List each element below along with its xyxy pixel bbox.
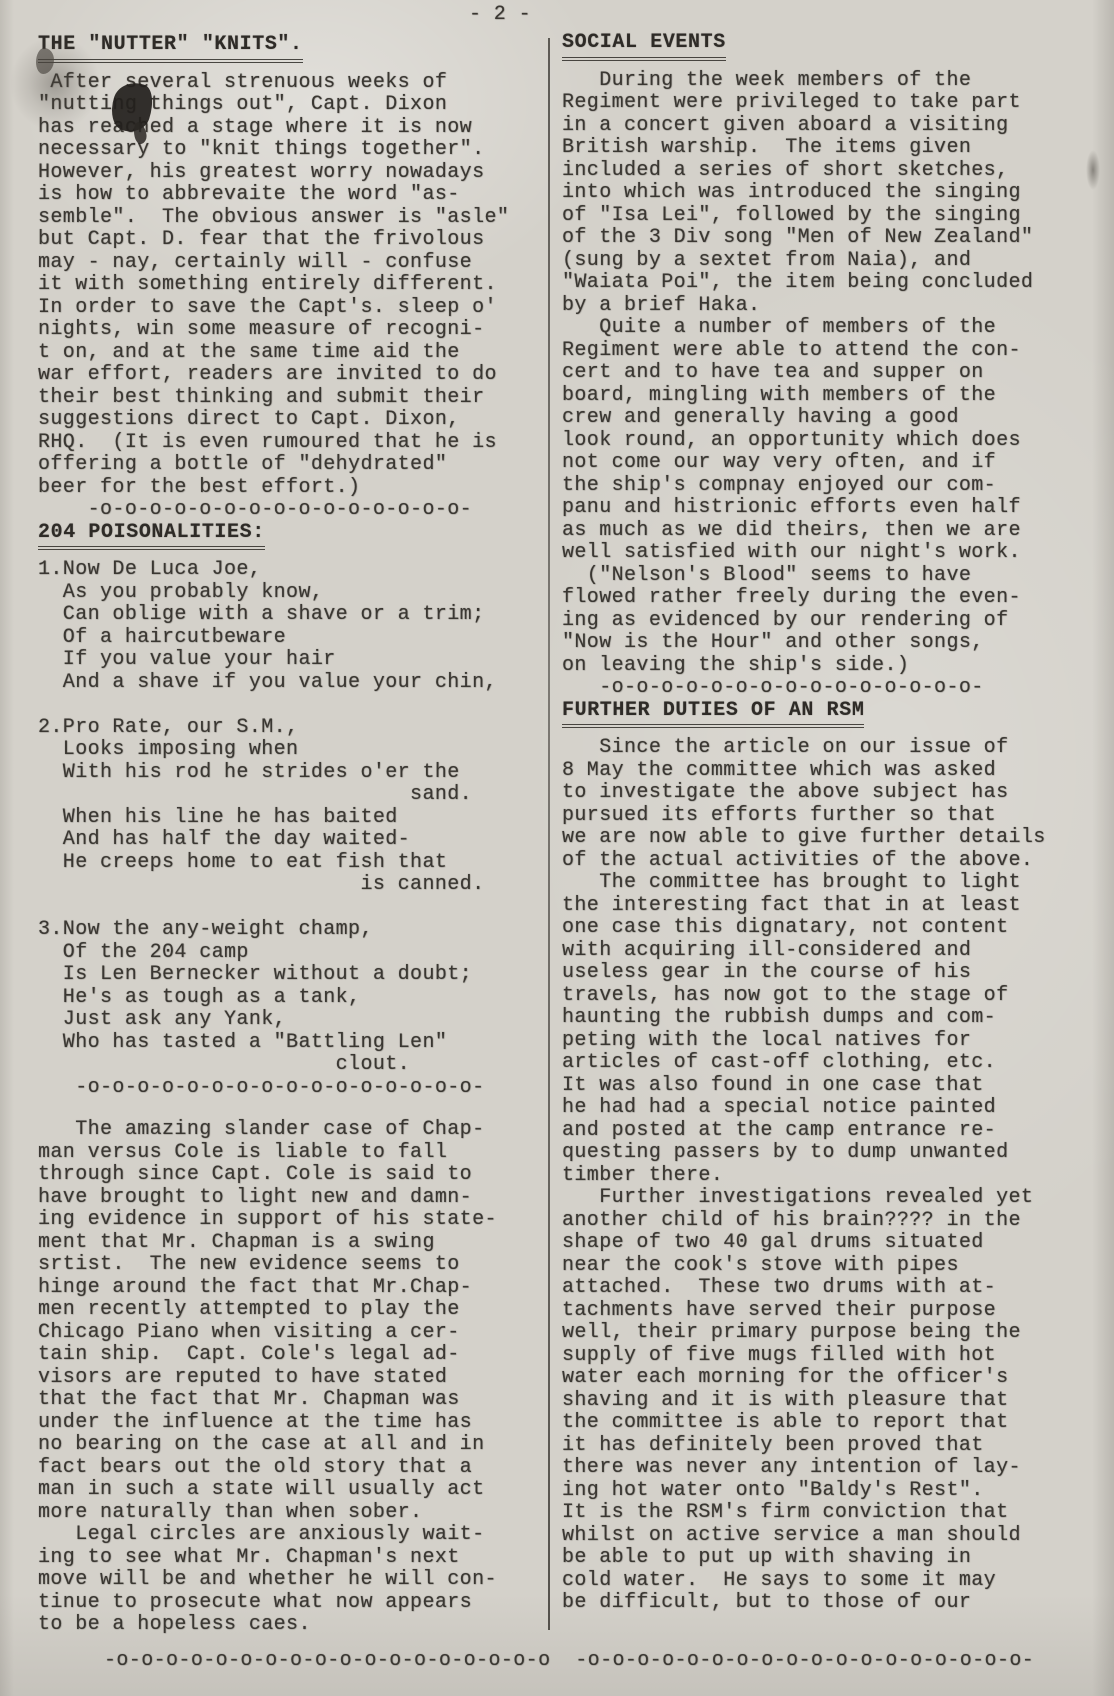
paragraph: Quite a number of members of the Regimen… bbox=[562, 317, 1097, 565]
paragraph: Since the article on our issue of 8 May … bbox=[562, 737, 1097, 872]
paper-smudge bbox=[10, 36, 100, 131]
left-column: THE "NUTTER" "KNITS". After several stre… bbox=[38, 34, 548, 1637]
page-number: - 2 - bbox=[420, 4, 580, 27]
article-further-duties-rsm: FURTHER DUTIES OF AN RSM Since the artic… bbox=[562, 700, 1097, 1615]
article-social-events: SOCIAL EVENTS During the week members of… bbox=[562, 32, 1097, 677]
article-title-204-poisonalities: 204 POISONALITIES: bbox=[38, 522, 265, 551]
paragraph: ("Nelson's Blood" seems to have flowed r… bbox=[562, 565, 1097, 678]
article-title-further-duties-rsm: FURTHER DUTIES OF AN RSM bbox=[562, 700, 864, 729]
section-divider: -o-o-o-o-o-o-o-o-o-o-o-o-o-o-o-o- bbox=[38, 1077, 548, 1100]
article-body: After several strenuous weeks of "nuttin… bbox=[38, 72, 548, 500]
column-divider-line bbox=[548, 38, 550, 1630]
paragraph: The amazing slander case of Chap- man ve… bbox=[38, 1119, 548, 1524]
paper-smudge bbox=[1086, 150, 1100, 190]
right-column: SOCIAL EVENTS During the week members of… bbox=[562, 32, 1097, 1615]
newsletter-page: - 2 - THE "NUTTER" "KNITS". After severa… bbox=[0, 0, 1114, 1696]
section-divider: -o-o-o-o-o-o-o-o-o-o-o-o-o-o-o- bbox=[38, 499, 548, 522]
verse-3: 3.Now the any-weight champ, Of the 204 c… bbox=[38, 919, 548, 1077]
paragraph: The committee has brought to light the i… bbox=[562, 872, 1097, 1187]
footer-divider: -o-o-o-o-o-o-o-o-o-o-o-o-o-o-o-o-o-o -o-… bbox=[104, 1650, 1034, 1673]
article-title-social-events: SOCIAL EVENTS bbox=[562, 32, 726, 61]
verse-2: 2.Pro Rate, our S.M., Looks imposing whe… bbox=[38, 717, 548, 897]
article-204-poisonalities: 204 POISONALITIES: 1.Now De Luca Joe, As… bbox=[38, 522, 548, 1077]
paragraph: Legal circles are anxiously wait- ing to… bbox=[38, 1524, 548, 1637]
paragraph: During the week members of the Regiment … bbox=[562, 70, 1097, 318]
paragraph: Further investigations revealed yet anot… bbox=[562, 1187, 1097, 1615]
verse-1: 1.Now De Luca Joe, As you probably know,… bbox=[38, 559, 548, 694]
section-divider: -o-o-o-o-o-o-o-o-o-o-o-o-o-o-o- bbox=[562, 677, 1097, 700]
article-slander-case: The amazing slander case of Chap- man ve… bbox=[38, 1119, 548, 1637]
